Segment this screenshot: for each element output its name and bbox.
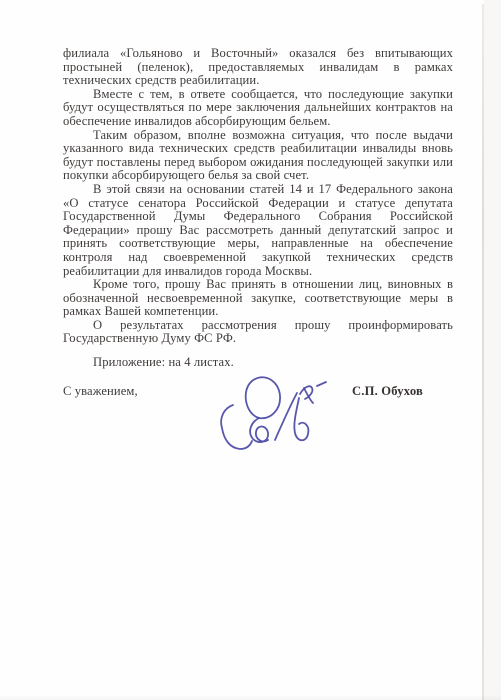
signer-name: С.П. Обухов [352,385,423,399]
paragraph-continuation: филиала «Гольяново и Восточный» оказался… [63,47,453,88]
letter-body: филиала «Гольяново и Восточный» оказался… [63,47,453,398]
scan-edge-strip [484,0,501,700]
paragraph: Кроме того, прошу Вас принять в отношени… [63,278,453,319]
scan-bottom-shade [0,694,501,700]
signature-row: С уважением, С.П. Обухов [63,385,453,399]
scanned-letter-page: филиала «Гольяново и Восточный» оказался… [0,0,501,700]
paragraph: О результатах рассмотрения прошу проинфо… [63,319,453,346]
closing-salutation: С уважением, [63,385,138,399]
paragraph: Вместе с тем, в ответе сообщается, что п… [63,88,453,129]
attachment-note: Приложение: на 4 листах. [63,356,453,370]
paragraph: Таким образом, вполне возможна ситуация,… [63,129,453,183]
paragraph: В этой связи на основании статей 14 и 17… [63,183,453,278]
